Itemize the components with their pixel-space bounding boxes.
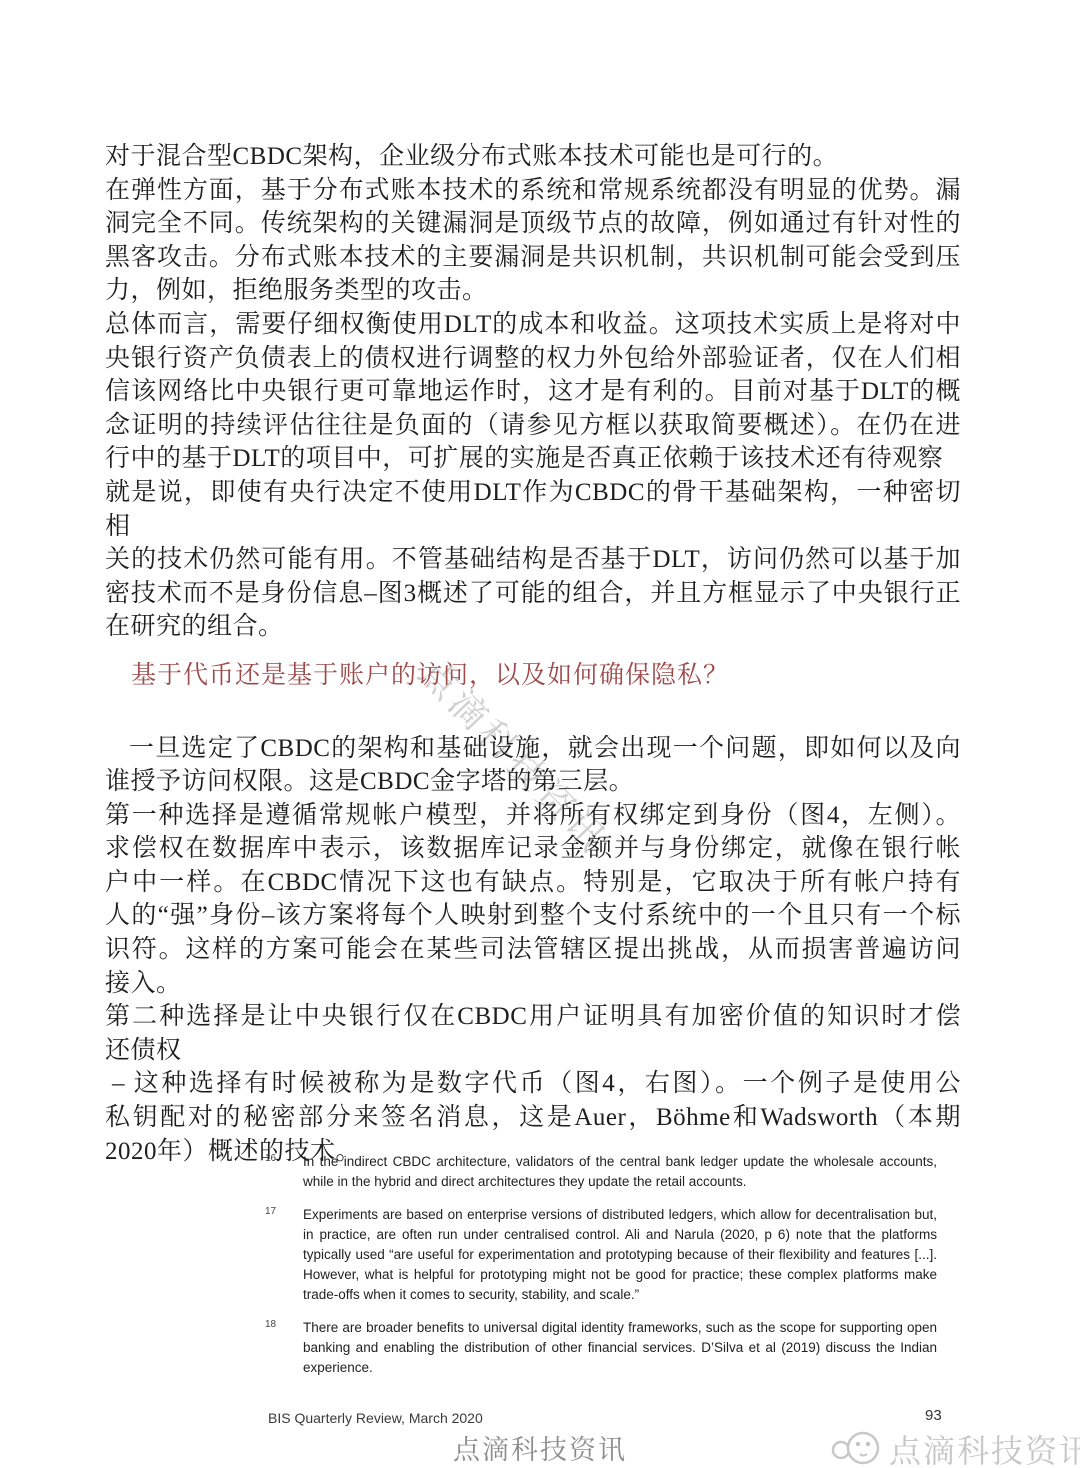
page-number: 93 [925,1407,942,1424]
text-line: – 这种选择有时候被称为是数字代币（图4，右图）。一个例子是使用公 [105,1067,961,1101]
text-line: 关的技术仍然可能有用。不管基础结构是否基于DLT，访问仍然可以基于加 [105,543,961,577]
footnote: 17Experiments are based on enterprise ve… [265,1205,937,1305]
bottom-center-watermark: 点滴科技资讯 [453,1428,627,1467]
text-line: 私钥配对的秘密部分来签名消息，这是Auer，Böhme和Wadsworth（本期 [105,1101,961,1135]
paragraph-block-1: 对于混合型CBDC架构，企业级分布式账本技术可能也是可行的。在弹性方面，基于分布… [105,140,961,644]
footnotes-block: 16In the indirect CBDC architecture, val… [265,1152,937,1391]
text-line: 户中一样。在CBDC情况下这也有缺点。特别是，它取决于所有帐户持有 [105,866,961,900]
bottom-right-logo-text: 点滴科技资讯 [889,1426,1080,1468]
footnote: 18There are broader benefits to universa… [265,1318,937,1378]
text-line: 就是说，即使有央行决定不使用DLT作为CBDC的骨干基础架构，一种密切相 [105,476,961,543]
paragraph-block-2: 一旦选定了CBDC的架构和基础设施，就会出现一个问题，即如何以及向谁授予访问权限… [105,732,961,1169]
text-line: 求偿权在数据库中表示，该数据库记录金额并与身份绑定，就像在银行帐 [105,832,961,866]
mascot-logo-icon [830,1424,884,1468]
text-line: 对于混合型CBDC架构，企业级分布式账本技术可能也是可行的。 [105,140,961,174]
text-line: 念证明的持续评估往往是负面的（请参见方框以获取简要概述）。在仍在进 [105,409,961,443]
footnote-text: In the indirect CBDC architecture, valid… [303,1152,937,1192]
text-line: 行中的基于DLT的项目中，可扩展的实施是否真正依赖于该技术还有待观察 [105,442,961,476]
text-line: 第一种选择是遵循常规帐户模型，并将所有权绑定到身份（图4，左侧）。 [105,799,961,833]
text-line: 密技术而不是身份信息–图3概述了可能的组合，并且方框显示了中央银行正 [105,577,961,611]
text-line: 人的“强”身份–该方案将每个人映射到整个支付系统中的一个且只有一个标 [105,899,961,933]
article-body: 对于混合型CBDC架构，企业级分布式账本技术可能也是可行的。在弹性方面，基于分布… [105,140,961,1168]
text-line: 第二种选择是让中央银行仅在CBDC用户证明具有加密价值的知识时才偿 [105,1000,961,1034]
text-line: 央银行资产负债表上的债权进行调整的权力外包给外部验证者，仅在人们相 [105,342,961,376]
section-heading: 基于代币还是基于账户的访问，以及如何确保隐私？ [105,659,961,693]
footnote-marker: 18 [265,1318,303,1378]
footnote: 16In the indirect CBDC architecture, val… [265,1152,937,1192]
text-line: 一旦选定了CBDC的架构和基础设施，就会出现一个问题，即如何以及向 [105,732,961,766]
footnote-text: There are broader benefits to universal … [303,1318,937,1378]
text-line: 总体而言，需要仔细权衡使用DLT的成本和收益。这项技术实质上是将对中 [105,308,961,342]
document-page: 点滴科技资讯 对于混合型CBDC架构，企业级分布式账本技术可能也是可行的。在弹性… [0,0,1080,1468]
text-line: 信该网络比中央银行更可靠地运作时，这才是有利的。目前对基于DLT的概 [105,375,961,409]
footnote-marker: 17 [265,1205,303,1305]
text-line: 在研究的组合。 [105,610,961,644]
text-line: 谁授予访问权限。这是CBDC金字塔的第三层。 [105,765,961,799]
text-line: 识符。这样的方案可能会在某些司法管辖区提出挑战，从而损害普遍访问 [105,933,961,967]
text-line: 接入。 [105,967,961,1001]
footer-journal-title: BIS Quarterly Review, March 2020 [268,1410,483,1426]
footnote-marker: 16 [265,1152,303,1192]
footnote-text: Experiments are based on enterprise vers… [303,1205,937,1305]
text-line: 在弹性方面，基于分布式账本技术的系统和常规系统都没有明显的优势。漏 [105,174,961,208]
text-line: 洞完全不同。传统架构的关键漏洞是顶级节点的故障，例如通过有针对性的 [105,207,961,241]
text-line: 力，例如，拒绝服务类型的攻击。 [105,274,961,308]
text-line: 黑客攻击。分布式账本技术的主要漏洞是共识机制，共识机制可能会受到压 [105,241,961,275]
bottom-right-logo: 点滴科技资讯 [830,1424,1080,1468]
text-line: 还债权 [105,1034,961,1068]
